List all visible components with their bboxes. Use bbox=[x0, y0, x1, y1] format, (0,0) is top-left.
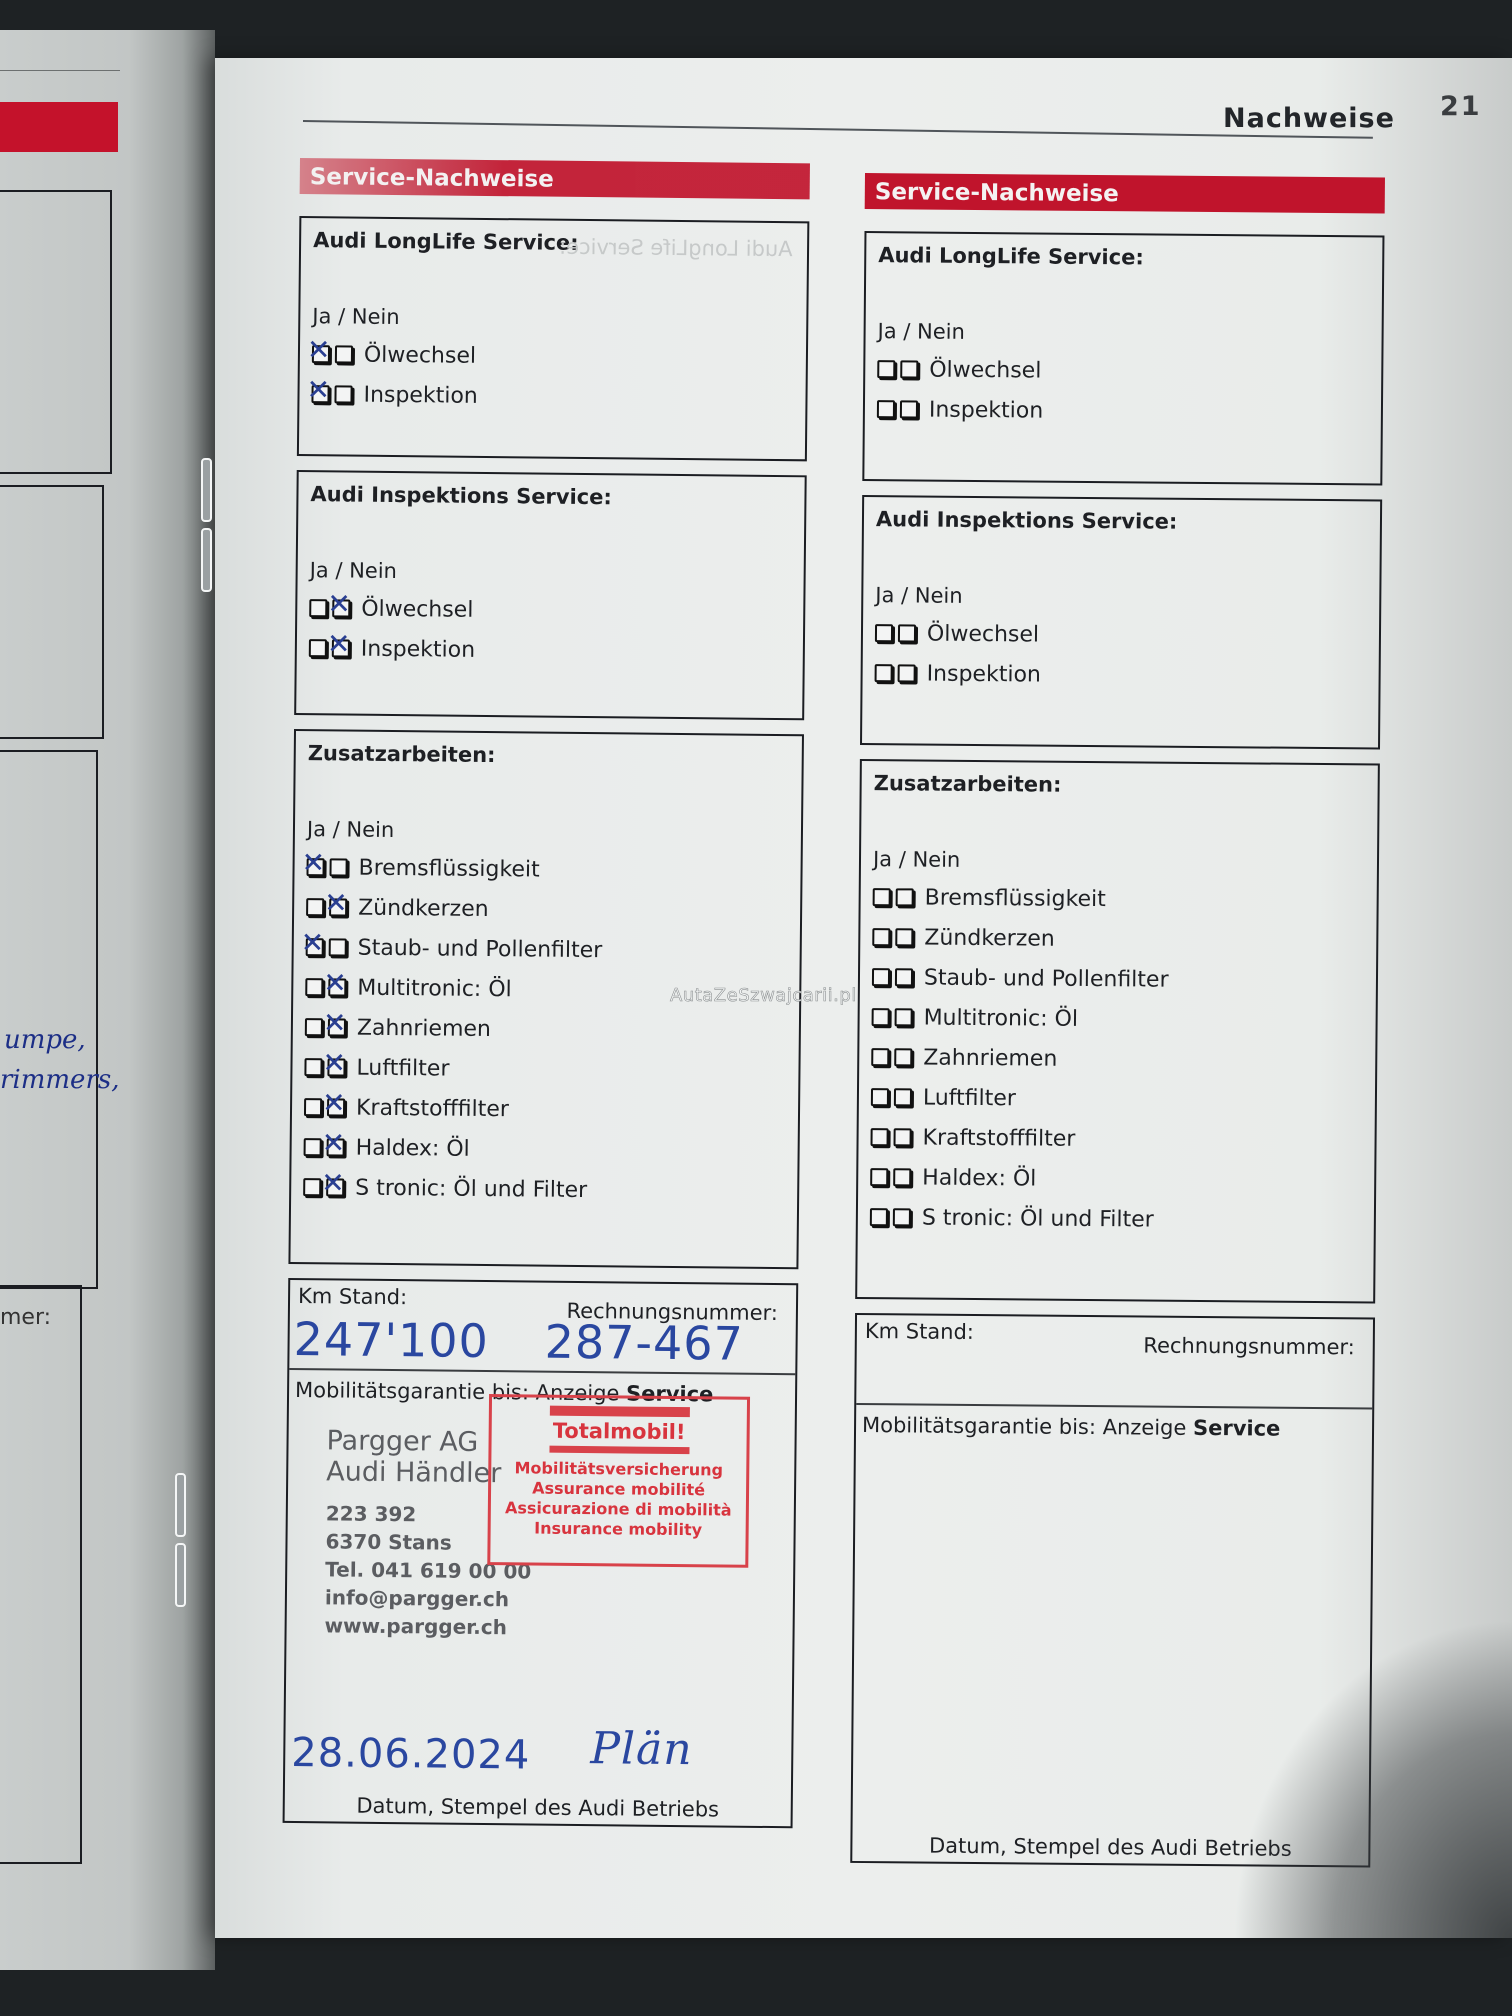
checklist-item-label: Inspektion bbox=[929, 397, 1043, 423]
nein-checkbox[interactable] bbox=[326, 1178, 344, 1196]
checklist-item-label: Luftfilter bbox=[356, 1055, 449, 1081]
checklist-item: Haldex: Öl bbox=[303, 1127, 785, 1172]
ja-checkbox[interactable] bbox=[304, 1138, 322, 1156]
service-record-page: Nachweise 21 Service-Nachweise Audi Long… bbox=[215, 58, 1512, 1938]
checklist-item: Luftfilter bbox=[871, 1077, 1363, 1121]
section-band bbox=[0, 102, 118, 152]
checklist-item: S tronic: Öl und Filter bbox=[303, 1167, 785, 1212]
staple bbox=[175, 1473, 186, 1537]
invoice-value: 287-467 bbox=[544, 1315, 744, 1371]
ja-checkbox[interactable] bbox=[871, 1088, 889, 1106]
ja-checkbox[interactable] bbox=[870, 1208, 888, 1226]
checklist-item: Inspektion bbox=[877, 389, 1369, 433]
checklist-item-label: Ölwechsel bbox=[364, 342, 476, 368]
checklist-item-label: Multitronic: Öl bbox=[357, 975, 512, 1002]
nein-checkbox[interactable] bbox=[327, 1138, 345, 1156]
service-date: 28.06.2024 bbox=[291, 1730, 530, 1779]
service-box bbox=[0, 190, 112, 474]
checklist-item-label: Kraftstofffilter bbox=[356, 1095, 509, 1122]
checklist-item-label: Bremsflüssigkeit bbox=[358, 855, 539, 882]
staple bbox=[175, 1543, 186, 1607]
handwritten-note: rimmers, bbox=[0, 1065, 119, 1095]
checklist-item-label: S tronic: Öl und Filter bbox=[355, 1175, 587, 1202]
checklist-item: Kraftstofffilter bbox=[870, 1117, 1362, 1161]
ja-checkbox[interactable] bbox=[304, 1058, 322, 1076]
datum-stempel-label: Datum, Stempel des Audi Betriebs bbox=[285, 1793, 791, 1822]
ja-checkbox[interactable] bbox=[305, 978, 323, 996]
stamp-line: Assurance mobilité bbox=[491, 1478, 746, 1501]
ja-nein-label: Ja / Nein bbox=[873, 847, 1365, 875]
nein-checkbox[interactable] bbox=[893, 1208, 911, 1226]
km-value: 247'100 bbox=[293, 1312, 489, 1368]
ja-checkbox[interactable] bbox=[872, 968, 890, 986]
ja-checkbox[interactable] bbox=[305, 1018, 323, 1036]
checklist-item-label: Bremsflüssigkeit bbox=[925, 885, 1106, 912]
km-label: Km Stand: bbox=[298, 1284, 407, 1309]
nein-checkbox[interactable] bbox=[900, 360, 918, 378]
page-number: 21 bbox=[1440, 91, 1482, 122]
nein-checkbox[interactable] bbox=[332, 599, 350, 617]
nein-checkbox[interactable] bbox=[894, 1048, 912, 1066]
nein-checkbox[interactable] bbox=[329, 938, 347, 956]
nein-checkbox[interactable] bbox=[894, 1088, 912, 1106]
ja-checkbox[interactable] bbox=[872, 928, 890, 946]
km-label: Km Stand: bbox=[865, 1319, 974, 1344]
checklist-item: Zahnriemen bbox=[305, 1007, 787, 1052]
inspektion-box: Audi Inspektions Service: Ja / Nein Ölwe… bbox=[860, 495, 1382, 750]
nein-checkbox[interactable] bbox=[327, 1098, 345, 1116]
nein-checkbox[interactable] bbox=[895, 968, 913, 986]
ja-checkbox[interactable] bbox=[306, 938, 324, 956]
checklist-item-label: Inspektion bbox=[927, 661, 1041, 687]
checklist-item-label: Inspektion bbox=[361, 636, 476, 662]
checklist-item-label: Inspektion bbox=[363, 382, 478, 408]
nein-checkbox[interactable] bbox=[895, 928, 913, 946]
checklist-item: Multitronic: Öl bbox=[871, 997, 1363, 1041]
dealer-email: info@pargger.ch bbox=[325, 1585, 531, 1611]
nein-checkbox[interactable] bbox=[895, 1008, 913, 1026]
record-box: Km Stand: Rechnungsnummer: Mobilitätsgar… bbox=[850, 1313, 1375, 1868]
checklist-item-label: Zahnriemen bbox=[357, 1015, 491, 1041]
zusatz-box bbox=[0, 750, 98, 1289]
checklist-item-label: Haldex: Öl bbox=[922, 1165, 1036, 1191]
show-through-text: Audi LongLife Service: bbox=[559, 235, 793, 261]
checklist-item-label: S tronic: Öl und Filter bbox=[922, 1205, 1154, 1232]
watermark: AutaZeSzwajcarii.pl bbox=[670, 985, 857, 1006]
checklist-item-label: Ölwechsel bbox=[929, 357, 1041, 383]
checklist-item-label: Zündkerzen bbox=[358, 895, 489, 921]
record-box: Km Stand: Rechnungsnummer: 247'100 287-4… bbox=[283, 1278, 799, 1828]
ja-checkbox[interactable] bbox=[871, 1048, 889, 1066]
staple bbox=[201, 528, 212, 592]
checklist-item: Inspektion bbox=[309, 628, 791, 673]
ja-checkbox[interactable] bbox=[871, 1128, 889, 1146]
checklist-item: Bremsflüssigkeit bbox=[306, 847, 788, 892]
inspektion-title: Audi Inspektions Service: bbox=[310, 482, 792, 511]
checklist-item-label: Kraftstofffilter bbox=[922, 1125, 1075, 1151]
stamp-line: Insurance mobility bbox=[491, 1518, 746, 1541]
mobility-guarantee: Mobilitätsgarantie bis: Anzeige Service bbox=[856, 1405, 1372, 1450]
checklist-item-label: Staub- und Pollenfilter bbox=[358, 935, 603, 963]
stamp-line: Mobilitätsversicherung bbox=[491, 1458, 746, 1481]
checklist-item: Ölwechsel bbox=[875, 613, 1367, 657]
ja-checkbox[interactable] bbox=[303, 1178, 321, 1196]
nein-checkbox[interactable] bbox=[335, 345, 353, 363]
checklist-item-label: Ölwechsel bbox=[927, 621, 1039, 647]
nein-checkbox[interactable] bbox=[900, 400, 918, 418]
service-band: Service-Nachweise bbox=[300, 158, 810, 199]
zusatzarbeiten-box: Zusatzarbeiten: Ja / Nein Bremsflüssigke… bbox=[855, 759, 1380, 1304]
checklist-item-label: Zahnriemen bbox=[923, 1045, 1057, 1071]
nein-checkbox[interactable] bbox=[334, 385, 352, 403]
km-label-fragment: mer: bbox=[0, 1305, 51, 1330]
stamp-line: Assicurazione di mobilità bbox=[491, 1498, 746, 1521]
checklist-item: Haldex: Öl bbox=[870, 1157, 1362, 1201]
checklist-item-label: Luftfilter bbox=[923, 1085, 1016, 1111]
nein-checkbox[interactable] bbox=[327, 1058, 345, 1076]
checklist-item: Bremsflüssigkeit bbox=[873, 877, 1365, 921]
service-box bbox=[0, 485, 104, 739]
zusatzarbeiten-title: Zusatzarbeiten: bbox=[308, 741, 790, 770]
nein-checkbox[interactable] bbox=[328, 1018, 346, 1036]
ja-checkbox[interactable] bbox=[306, 898, 324, 916]
nein-checkbox[interactable] bbox=[896, 888, 914, 906]
ja-checkbox[interactable] bbox=[304, 1098, 322, 1116]
nein-checkbox[interactable] bbox=[894, 1128, 912, 1146]
ja-nein-label: Ja / Nein bbox=[875, 583, 1367, 611]
checklist-item: Zündkerzen bbox=[306, 887, 788, 932]
km-invoice-row: Km Stand: Rechnungsnummer: 247'100 287-4… bbox=[289, 1280, 796, 1375]
nein-checkbox[interactable] bbox=[898, 664, 916, 682]
ja-checkbox[interactable] bbox=[870, 1168, 888, 1186]
section-title: Nachweise bbox=[1223, 103, 1395, 134]
mobility-service: Service bbox=[1193, 1416, 1281, 1441]
nein-checkbox[interactable] bbox=[329, 858, 347, 876]
ja-nein-label: Ja / Nein bbox=[878, 319, 1370, 347]
ja-nein-label: Ja / Nein bbox=[312, 304, 794, 333]
checklist-item: Staub- und Pollenfilter bbox=[872, 957, 1364, 1001]
nein-checkbox[interactable] bbox=[893, 1168, 911, 1186]
checklist-item-label: Multitronic: Öl bbox=[924, 1005, 1079, 1031]
ja-checkbox[interactable] bbox=[877, 360, 895, 378]
ja-checkbox[interactable] bbox=[309, 599, 327, 617]
checklist-item: Zahnriemen bbox=[871, 1037, 1363, 1081]
checklist-item: Zündkerzen bbox=[872, 917, 1364, 961]
checklist-item: Ölwechsel bbox=[312, 334, 794, 379]
ja-checkbox[interactable] bbox=[877, 400, 895, 418]
inspektion-box: Audi Inspektions Service: Ja / Nein Ölwe… bbox=[294, 470, 807, 720]
checklist-item: S tronic: Öl und Filter bbox=[870, 1197, 1362, 1241]
inspektion-title: Audi Inspektions Service: bbox=[876, 507, 1368, 535]
nein-checkbox[interactable] bbox=[332, 639, 350, 657]
km-invoice-row: Km Stand: Rechnungsnummer: bbox=[856, 1315, 1373, 1409]
checklist-item: Kraftstofffilter bbox=[304, 1087, 786, 1132]
previous-page-edge: umpe, rimmers, mer: bbox=[0, 30, 215, 1970]
header-rule bbox=[0, 70, 120, 71]
mobility-label: Mobilitätsgarantie bis: Anzeige bbox=[862, 1413, 1193, 1440]
totalmobil-stamp: Totalmobil! Mobilitätsversicherung Assur… bbox=[487, 1394, 750, 1568]
longlife-title: Audi LongLife Service: bbox=[878, 243, 1370, 271]
service-band: Service-Nachweise bbox=[865, 173, 1385, 214]
ja-checkbox[interactable] bbox=[312, 345, 330, 363]
zusatzarbeiten-title: Zusatzarbeiten: bbox=[874, 771, 1366, 799]
ja-checkbox[interactable] bbox=[306, 858, 324, 876]
ja-checkbox[interactable] bbox=[875, 624, 893, 642]
checklist-item: Ölwechsel bbox=[877, 349, 1369, 393]
staple bbox=[201, 458, 212, 522]
ja-nein-label: Ja / Nein bbox=[310, 558, 792, 587]
checklist-item: Luftfilter bbox=[304, 1047, 786, 1092]
invoice-label: Rechnungsnummer: bbox=[1143, 1333, 1355, 1359]
nein-checkbox[interactable] bbox=[328, 978, 346, 996]
nein-checkbox[interactable] bbox=[898, 624, 916, 642]
checklist-item: Inspektion bbox=[311, 374, 793, 419]
dealer-web: www.pargger.ch bbox=[325, 1613, 531, 1639]
ja-nein-label: Ja / Nein bbox=[307, 817, 789, 846]
ja-checkbox[interactable] bbox=[875, 664, 893, 682]
nein-checkbox[interactable] bbox=[329, 898, 347, 916]
checklist-item: Inspektion bbox=[874, 653, 1366, 697]
checklist-item-label: Haldex: Öl bbox=[356, 1135, 470, 1161]
checklist-item: Staub- und Pollenfilter bbox=[306, 927, 788, 972]
checklist-item-label: Staub- und Pollenfilter bbox=[924, 965, 1169, 992]
stamp-brand: Totalmobil! bbox=[492, 1418, 747, 1445]
ja-checkbox[interactable] bbox=[309, 639, 327, 657]
service-record-right: Service-Nachweise Audi LongLife Service:… bbox=[850, 173, 1385, 1867]
checklist-item-label: Zündkerzen bbox=[924, 925, 1055, 951]
longlife-box: Audi LongLife Service: Audi LongLife Ser… bbox=[297, 216, 809, 461]
header-rule bbox=[303, 120, 1373, 139]
checklist-item-label: Ölwechsel bbox=[361, 596, 473, 622]
signature: Plän bbox=[590, 1723, 693, 1775]
ja-checkbox[interactable] bbox=[311, 385, 329, 403]
handwritten-note: umpe, bbox=[4, 1025, 86, 1055]
checklist-item: Ölwechsel bbox=[309, 588, 791, 633]
km-box bbox=[0, 1285, 82, 1864]
datum-stempel-label: Datum, Stempel des Audi Betriebs bbox=[852, 1833, 1368, 1862]
ja-checkbox[interactable] bbox=[872, 1008, 890, 1026]
longlife-box: Audi LongLife Service: Ja / Nein Ölwechs… bbox=[862, 231, 1384, 486]
ja-checkbox[interactable] bbox=[873, 888, 891, 906]
